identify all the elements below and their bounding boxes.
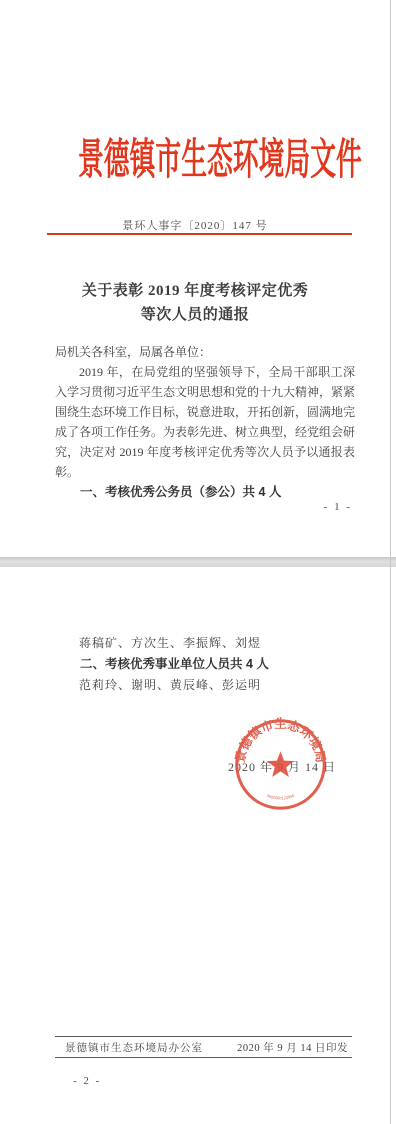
- bureau-letterhead-title: 景德镇市生态环境局文件: [78, 126, 312, 187]
- salutation-line: 局机关各科室，局属各单位：: [55, 342, 355, 362]
- document-viewer: 景德镇市生态环境局文件 景环人事字〔2020〕147 号 关于表彰 2019 年…: [0, 0, 396, 1124]
- names-group2: 范莉玲、谢明、黄辰峰、彭运明: [55, 675, 355, 696]
- document-page-2: 蒋稿矿、方次生、李振辉、刘煜 二、考核优秀事业单位人员共 4 人 范莉玲、谢明、…: [0, 567, 396, 1124]
- document-title-line2: 等次人员的通报: [0, 303, 390, 327]
- seal-code-digits: 3602000123056: [266, 793, 296, 801]
- page1-body: 局机关各科室，局属各单位： 2019 年，在局党组的坚强领导下，全局干部职工深入…: [55, 342, 355, 502]
- page-edge-line: [390, 0, 391, 1124]
- page2-body: 蒋稿矿、方次生、李振辉、刘煜 二、考核优秀事业单位人员共 4 人 范莉玲、谢明、…: [55, 633, 355, 696]
- page-separator-gap: [0, 557, 396, 567]
- seal-star-icon: [267, 751, 294, 777]
- footer-issuing-office: 景德镇市生态环境局办公室: [65, 1040, 203, 1055]
- section1-heading: 一、考核优秀公务员（参公）共 4 人: [55, 482, 355, 502]
- footer-bottom-rule: [55, 1057, 352, 1058]
- footer-print-date: 2020 年 9 月 14 日印发: [237, 1040, 348, 1055]
- official-red-seal-icon: 景德镇市生态环境局 3602000123056: [233, 717, 328, 812]
- page2-page-number: - 2 -: [73, 1075, 101, 1087]
- footer-top-rule: [55, 1036, 352, 1037]
- document-title-line1: 关于表彰 2019 年度考核评定优秀: [0, 279, 390, 303]
- document-title: 关于表彰 2019 年度考核评定优秀 等次人员的通报: [0, 279, 390, 327]
- document-reference-number: 景环人事字〔2020〕147 号: [0, 217, 390, 233]
- document-page-1: 景德镇市生态环境局文件 景环人事字〔2020〕147 号 关于表彰 2019 年…: [0, 0, 396, 557]
- svg-text:3602000123056: 3602000123056: [266, 793, 296, 801]
- page1-page-number: - 1 -: [324, 501, 352, 513]
- body-paragraph: 2019 年，在局党组的坚强领导下，全局干部职工深入学习贯彻习近平生态文明思想和…: [55, 362, 355, 482]
- section2-heading: 二、考核优秀事业单位人员共 4 人: [55, 654, 355, 675]
- names-group1: 蒋稿矿、方次生、李振辉、刘煜: [55, 633, 355, 654]
- letterhead-red-rule: [47, 233, 352, 235]
